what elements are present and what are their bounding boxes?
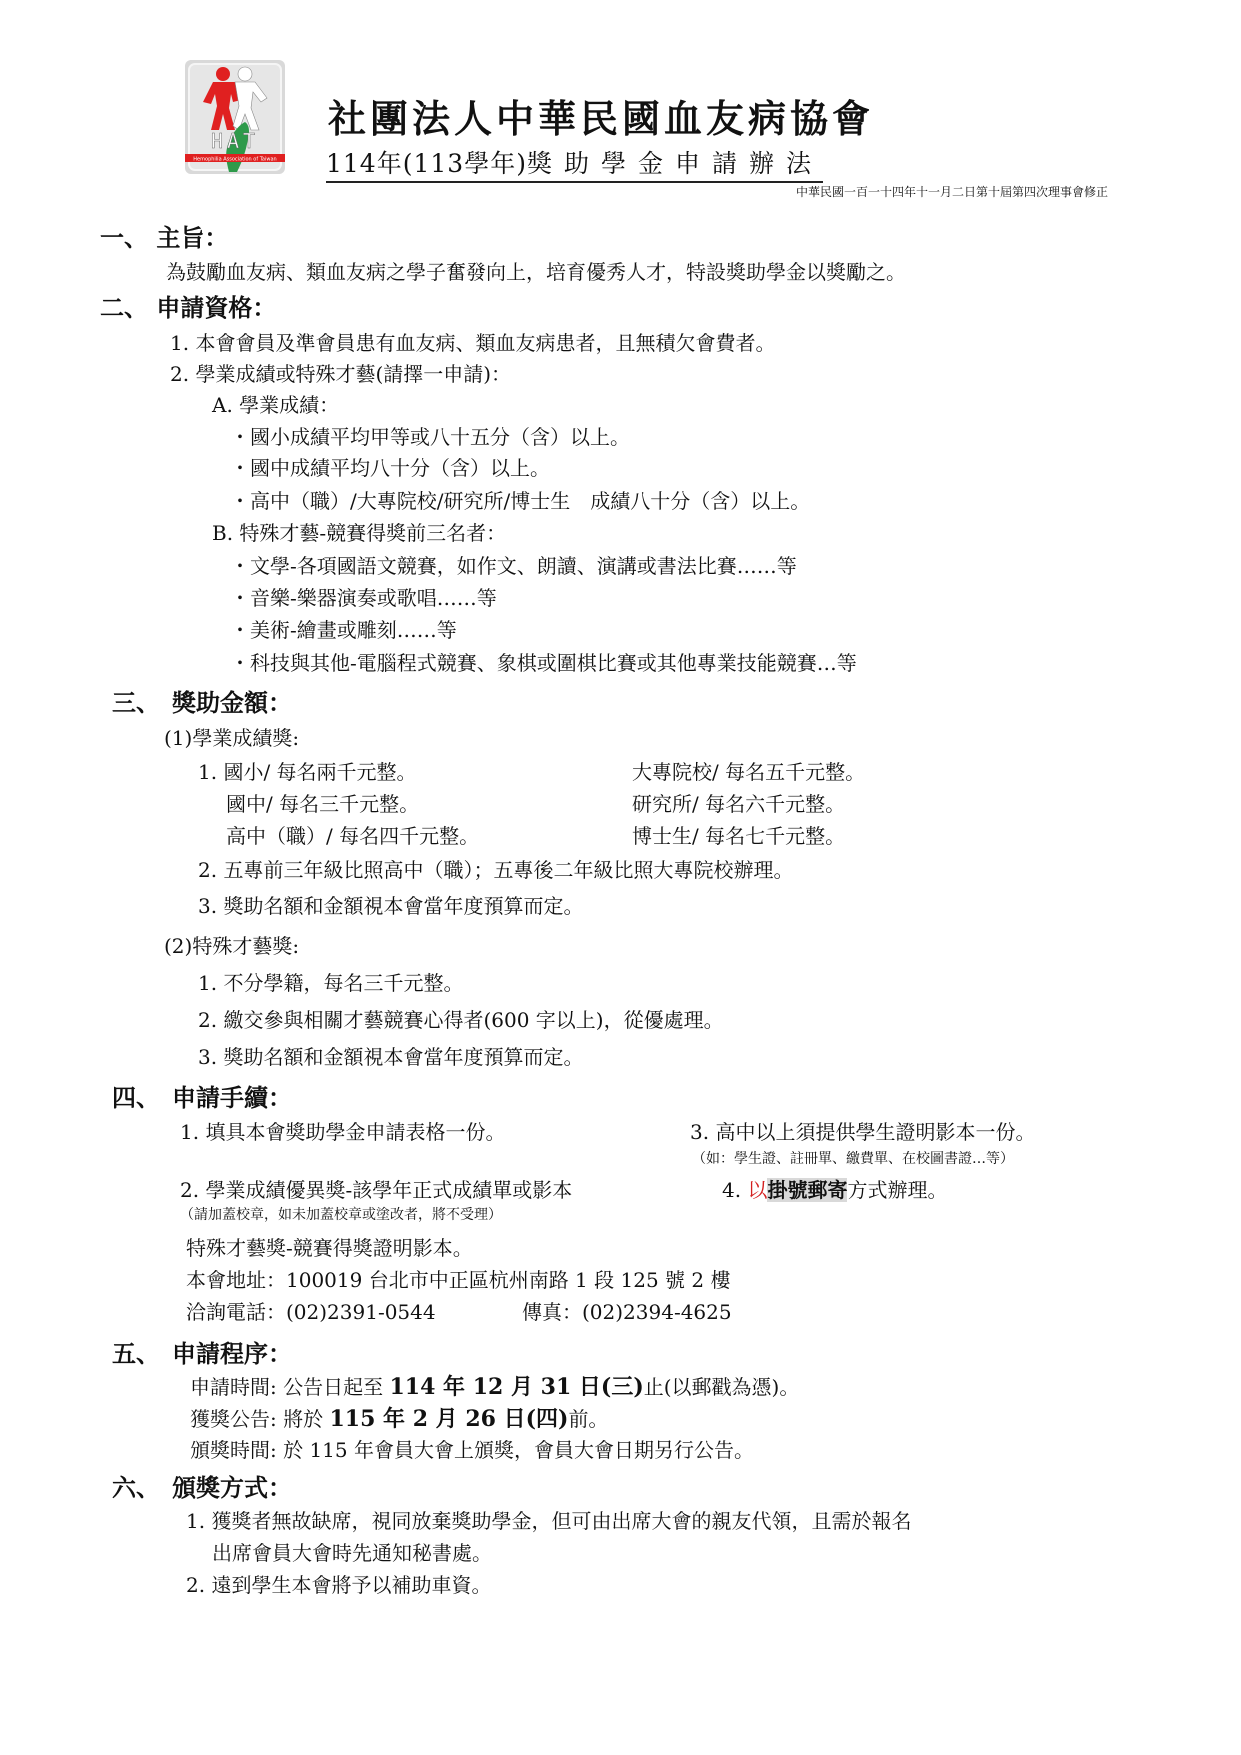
announcement-suffix: 前。 bbox=[568, 1407, 608, 1431]
talent-award-item: 3. 獎助名額和金額視本會當年度預算而定。 bbox=[198, 1041, 583, 1070]
application-deadline: 114 年 12 月 31 日(三) bbox=[389, 1374, 643, 1400]
announcement-date: 115 年 2 月 26 日(四) bbox=[329, 1406, 568, 1432]
section-2-heading: 二、 申請資格： bbox=[100, 288, 276, 323]
procedure-item-2-note: （請加蓋校章，如未加蓋校章或塗改者，將不受理） bbox=[180, 1204, 502, 1224]
award-announcement: 獲獎公告: 將於 115 年 2 月 26 日(四)前。 bbox=[190, 1402, 608, 1433]
talent-item: ・音樂-樂器演奏或歌唱……等 bbox=[230, 582, 497, 611]
section-6-heading: 六、 頒獎方式： bbox=[112, 1468, 292, 1503]
section-3-heading: 三、 獎助金額： bbox=[112, 683, 292, 718]
section-4-heading: 四、 申請手續： bbox=[112, 1078, 292, 1113]
academic-item: ・高中（職）/大專院校/研究所/博士生 成績八十分（含）以上。 bbox=[230, 485, 810, 514]
svg-text:Hemophilia Association of Taiw: Hemophilia Association of Taiwan bbox=[193, 157, 276, 163]
amount-right: 研究所/ 每名六千元整。 bbox=[632, 788, 845, 817]
talent-item: ・文學-各項國語文競賽，如作文、朗讀、演講或書法比賽……等 bbox=[230, 550, 797, 579]
svg-text:HAT: HAT bbox=[211, 129, 259, 153]
office-address: 本會地址：100019 台北市中正區杭州南路 1 段 125 號 2 樓 bbox=[186, 1264, 730, 1293]
talent-label: B. 特殊才藝-競賽得獎前三名者： bbox=[212, 517, 506, 546]
contact-phone: 洽詢電話：(02)2391-0544 bbox=[186, 1296, 436, 1325]
talent-award-item: 2. 繳交參與相關才藝競賽心得者(600 字以上)，從優處理。 bbox=[198, 1004, 724, 1033]
amount-right: 大專院校/ 每名五千元整。 bbox=[632, 756, 865, 785]
eligibility-item-1: 1. 本會會員及準會員患有血友病、類血友病患者，且無積欠會費者。 bbox=[170, 327, 775, 356]
academic-item: ・國小成績平均甲等或八十五分（含）以上。 bbox=[230, 421, 630, 450]
procedure-item-3-note: （如：學生證、註冊單、繳費單、在校圖書證…等） bbox=[692, 1148, 1014, 1168]
award-method-item-1-cont: 出席會員大會時先通知秘書處。 bbox=[212, 1537, 492, 1566]
section-1-text: 為鼓勵血友病、類血友病之學子奮發向上，培育優秀人才，特設獎助學金以獎勵之。 bbox=[166, 256, 906, 285]
procedure-item-1: 1. 填具本會獎助學金申請表格一份。 bbox=[180, 1116, 505, 1145]
award-method-item-1: 1. 獲獎者無故缺席，視同放棄獎助學金，但可由出席大會的親友代領，且需於報名 bbox=[186, 1505, 911, 1534]
amount-left: 1. 國小/ 每名兩千元整。 bbox=[198, 756, 417, 785]
association-logo: HAT Hemophilia Association of Taiwan bbox=[185, 60, 285, 174]
item-4-suffix: 方式辦理。 bbox=[847, 1178, 947, 1202]
amount-right: 博士生/ 每名七千元整。 bbox=[632, 820, 845, 849]
page-title: 社團法人中華民國血友病協會 bbox=[328, 88, 874, 143]
procedure-item-4: 4. 以掛號郵寄方式辦理。 bbox=[722, 1174, 947, 1203]
award-method-item-2: 2. 遠到學生本會將予以補助車資。 bbox=[186, 1569, 491, 1598]
academic-award-label: (1)學業成績獎: bbox=[164, 722, 299, 751]
subtitle-main: 獎助學金申請辦法 bbox=[527, 149, 823, 178]
item-4-red-text: 以 bbox=[747, 1178, 767, 1202]
announcement-label: 獲獎公告: 將於 bbox=[190, 1407, 323, 1431]
application-period-label: 申請時間: 公告日起至 bbox=[190, 1375, 383, 1399]
subtitle-year: 114年(113學年) bbox=[326, 149, 527, 178]
item-4-highlight: 掛號郵寄 bbox=[767, 1178, 847, 1202]
talent-document: 特殊才藝獎-競賽得獎證明影本。 bbox=[186, 1232, 473, 1261]
talent-item: ・科技與其他-電腦程式競賽、象棋或圍棋比賽或其他專業技能競賽…等 bbox=[230, 647, 857, 676]
procedure-item-2: 2. 學業成績優異獎-該學年正式成績單或影本 bbox=[180, 1174, 572, 1203]
revision-note: 中華民國一百一十四年十一月二日第十屆第四次理事會修正 bbox=[796, 183, 1108, 200]
application-period-suffix: 止(以郵戳為憑)。 bbox=[644, 1375, 800, 1399]
contact-fax: 傳真：(02)2394-4625 bbox=[522, 1296, 732, 1325]
logo-figures-icon: HAT Hemophilia Association of Taiwan bbox=[185, 60, 285, 174]
talent-award-item: 1. 不分學籍，每名三千元整。 bbox=[198, 967, 463, 996]
academic-award-note-3: 3. 獎助名額和金額視本會當年度預算而定。 bbox=[198, 890, 583, 919]
application-period: 申請時間: 公告日起至 114 年 12 月 31 日(三)止(以郵戳為憑)。 bbox=[190, 1370, 799, 1401]
amount-left: 高中（職）/ 每名四千元整。 bbox=[226, 820, 479, 849]
page-subtitle: 114年(113學年)獎助學金申請辦法 bbox=[326, 144, 823, 183]
item-4-number: 4. bbox=[722, 1178, 747, 1202]
talent-award-label: (2)特殊才藝獎: bbox=[164, 930, 299, 959]
award-ceremony-time: 頒獎時間: 於 115 年會員大會上頒獎，會員大會日期另行公告。 bbox=[190, 1434, 754, 1463]
amount-left: 國中/ 每名三千元整。 bbox=[226, 788, 419, 817]
academic-item: ・國中成績平均八十分（含）以上。 bbox=[230, 452, 550, 481]
section-5-heading: 五、 申請程序： bbox=[112, 1334, 292, 1369]
eligibility-item-2: 2. 學業成績或特殊才藝(請擇一申請)： bbox=[170, 358, 511, 387]
academic-award-note-2: 2. 五專前三年級比照高中（職）；五專後二年級比照大專院校辦理。 bbox=[198, 854, 793, 883]
academic-label: A. 學業成績： bbox=[212, 389, 339, 418]
section-1-heading: 一、 主旨： bbox=[100, 218, 228, 253]
talent-item: ・美術-繪畫或雕刻……等 bbox=[230, 614, 457, 643]
procedure-item-3: 3. 高中以上須提供學生證明影本一份。 bbox=[690, 1116, 1035, 1145]
